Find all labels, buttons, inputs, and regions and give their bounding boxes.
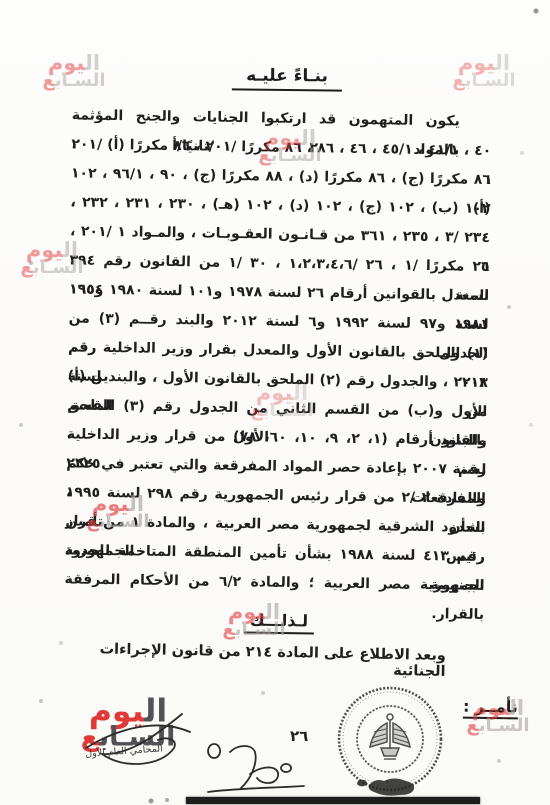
watermark-logo: اليوم السـابع [42,55,106,89]
document-title: بنـاءً عليـه [232,65,342,91]
body-line: لجمهورية مصر العربية ؛ والمادة ٦/٢ من ال… [64,565,484,601]
scanned-legal-document-page: بنـاءً عليـه يكون المتهمون قد ارتكبوا ال… [0,0,550,805]
order-label: نأمــر : [463,697,518,720]
watermark-logo: اليوم السـابع [452,55,516,89]
watermark-line2: السـابع [452,72,516,89]
watermark-line2: السـابع [42,72,106,89]
document-body: يكون المتهمون قد ارتكبوا الجنايات والجنح… [64,101,492,601]
official-eagle-stamp: نيابة أمن الدولة العليا ـ النيابة العامة… [332,682,448,800]
watermark-line1: اليوم [452,55,516,72]
closing-heading: لـذلـــك [244,611,314,635]
ink-blot [357,779,414,796]
scan-bottom-bar [186,797,480,804]
review-line: وبعد الاطلاع على المادة ٢١٤ من قانون الإ… [85,641,446,680]
watermark-line1: اليوم [42,55,106,72]
eagle-emblem-icon [370,714,410,759]
scan-noise [0,0,2,2]
watermark-line2: السـابع [466,717,530,734]
